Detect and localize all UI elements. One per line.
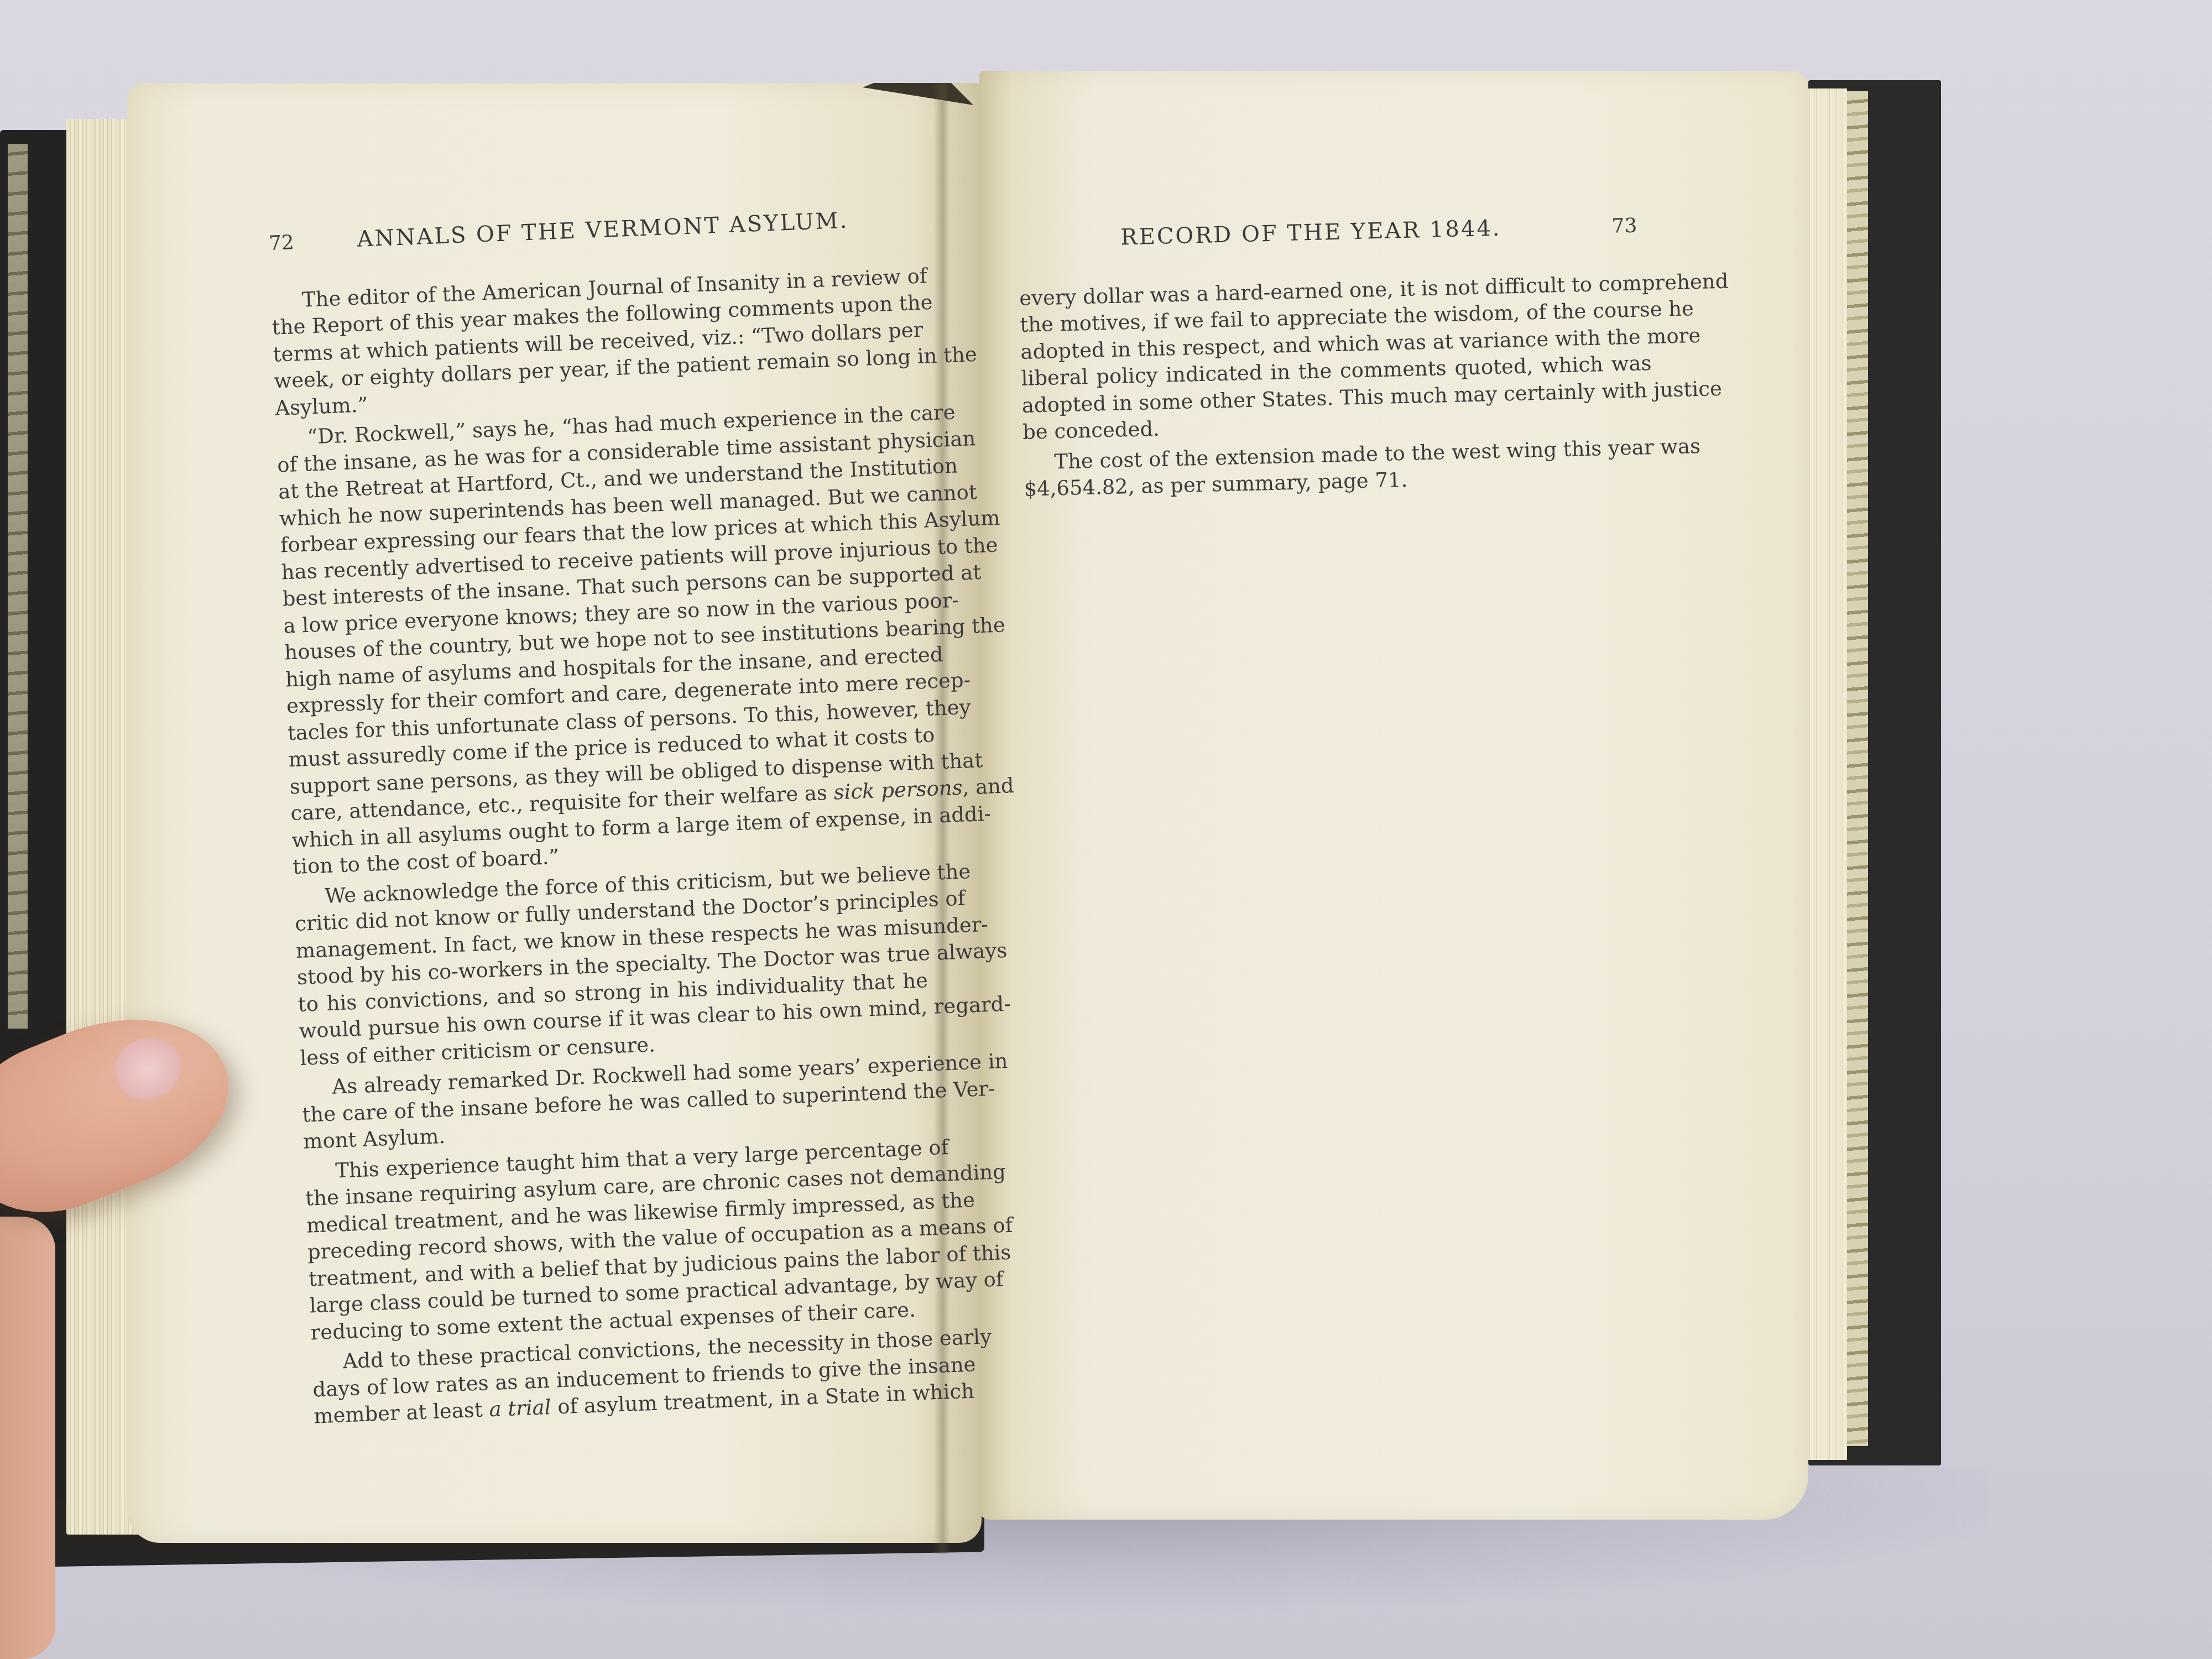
paragraph: The cost of the extension made to the we… xyxy=(1023,434,1655,503)
paragraph: every dollar was a hard-earned one, it i… xyxy=(1019,270,1653,446)
paragraph: This experience taught him that a very l… xyxy=(304,1134,941,1346)
thumbnail xyxy=(106,1028,190,1109)
marbled-edge-left xyxy=(8,144,28,1029)
text-segment: , and xyxy=(962,774,1015,800)
italic-phrase: sick persons xyxy=(833,776,963,805)
paragraph: The editor of the American Journal of In… xyxy=(270,264,905,422)
page-number-right: 73 xyxy=(1611,213,1637,241)
paragraph: “Dr. Rockwell,” says he, “has had much e… xyxy=(276,401,924,881)
left-page-text: 72 ANNALS OF THE VERMONT ASYLUM. The edi… xyxy=(268,205,945,1433)
hand xyxy=(0,1217,55,1659)
paragraph: We acknowledge the force of this critici… xyxy=(293,860,930,1072)
text-segment: member at least xyxy=(314,1398,483,1428)
right-page-text: RECORD OF THE YEAR 1844. 73 every dollar… xyxy=(1018,211,1655,506)
italic-phrase: a trial xyxy=(489,1395,552,1421)
page-number-left: 72 xyxy=(268,227,358,258)
